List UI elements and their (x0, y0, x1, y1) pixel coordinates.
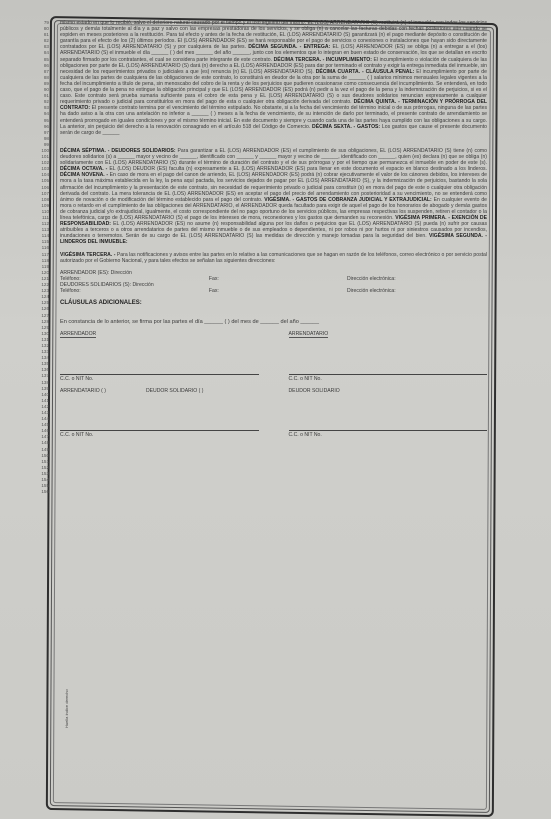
additional-clauses-heading: CLÁUSULAS ADICIONALES: (60, 300, 142, 306)
arrendador-signature: ARRENDADOR C.C. o NIT No. (60, 331, 259, 382)
line-numbers: 7980818283848586878889909192939495969798… (33, 20, 49, 495)
clause-heading: VIGÉSIMA TERCERA. - (60, 252, 115, 258)
clause-23: VIGÉSIMA TERCERA. - Para las notificacio… (60, 252, 487, 264)
clause-heading: DÉCIMA SEGUNDA. - ENTREGA: (248, 44, 330, 50)
clause-heading: DÉCIMA SÉPTIMA. - DEUDORES SOLIDARIOS: (60, 148, 176, 154)
clause-heading: DÉCIMA NOVENA. - (60, 172, 108, 178)
arrendatario-deudor-signature: ARRENDATARIO ( ) DEUDOR SOLIDARIO ( ) (60, 388, 259, 394)
clause-heading: VIGÉSIMA. - GASTOS DE COBRANZA JUDICIAL … (264, 197, 431, 203)
signature-intro: En constancia de lo anterior, se firma p… (60, 319, 487, 325)
clause-heading: DÉCIMA TERCERA. - INCUMPLIMIENTO: (274, 57, 372, 63)
line-number: 156 (33, 489, 49, 495)
clause-17: DÉCIMA SÉPTIMA. - DEUDORES SOLIDARIOS: P… (60, 148, 487, 246)
fingerprint-label: Huella índice derecho (64, 689, 69, 728)
contract-body: mismo estado en que lo recibió, salvo el… (60, 20, 487, 438)
signature-grid: ARRENDADOR C.C. o NIT No. ARRENDATARIO C… (60, 331, 487, 438)
clause-heading: DÉCIMA SEXTA. - GASTOS: (312, 124, 380, 130)
deudor-signature: DEUDOR SOLIDARIO (289, 388, 488, 394)
arrendatario-signature: ARRENDATARIO C.C. o NIT No. (289, 331, 488, 382)
clause-heading: DÉCIMA CUARTA. - CLÁUSULA PENAL: (316, 69, 415, 75)
clause-11-continuation: mismo estado en que lo recibió, salvo el… (60, 20, 487, 136)
